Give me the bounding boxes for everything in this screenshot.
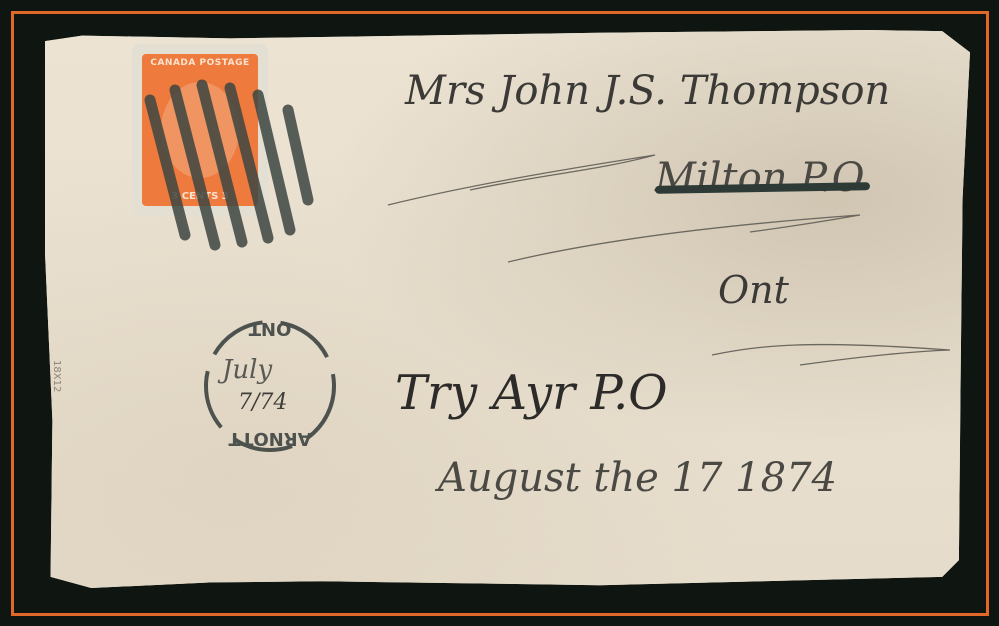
address-line-1: Mrs John J.S. Thompson	[405, 68, 890, 114]
svg-text:ARNOTT: ARNOTT	[228, 428, 312, 449]
postmark-day: 7/74	[238, 390, 287, 415]
address-line-5: August the 17 1874	[438, 455, 837, 501]
address-line-3: Ont	[718, 268, 789, 312]
barred-cancel	[130, 70, 330, 260]
address-line-4: Try Ayr P.O	[395, 365, 668, 421]
postmark-month: July	[222, 355, 272, 385]
address-line-2: Milton P.O	[655, 155, 865, 201]
stamp-country-text: CANADA POSTAGE	[150, 58, 249, 68]
pencil-note: 18X12	[51, 360, 62, 392]
svg-text:ONT: ONT	[248, 318, 291, 339]
circular-datestamp: ONT ARNOTT	[197, 313, 343, 459]
